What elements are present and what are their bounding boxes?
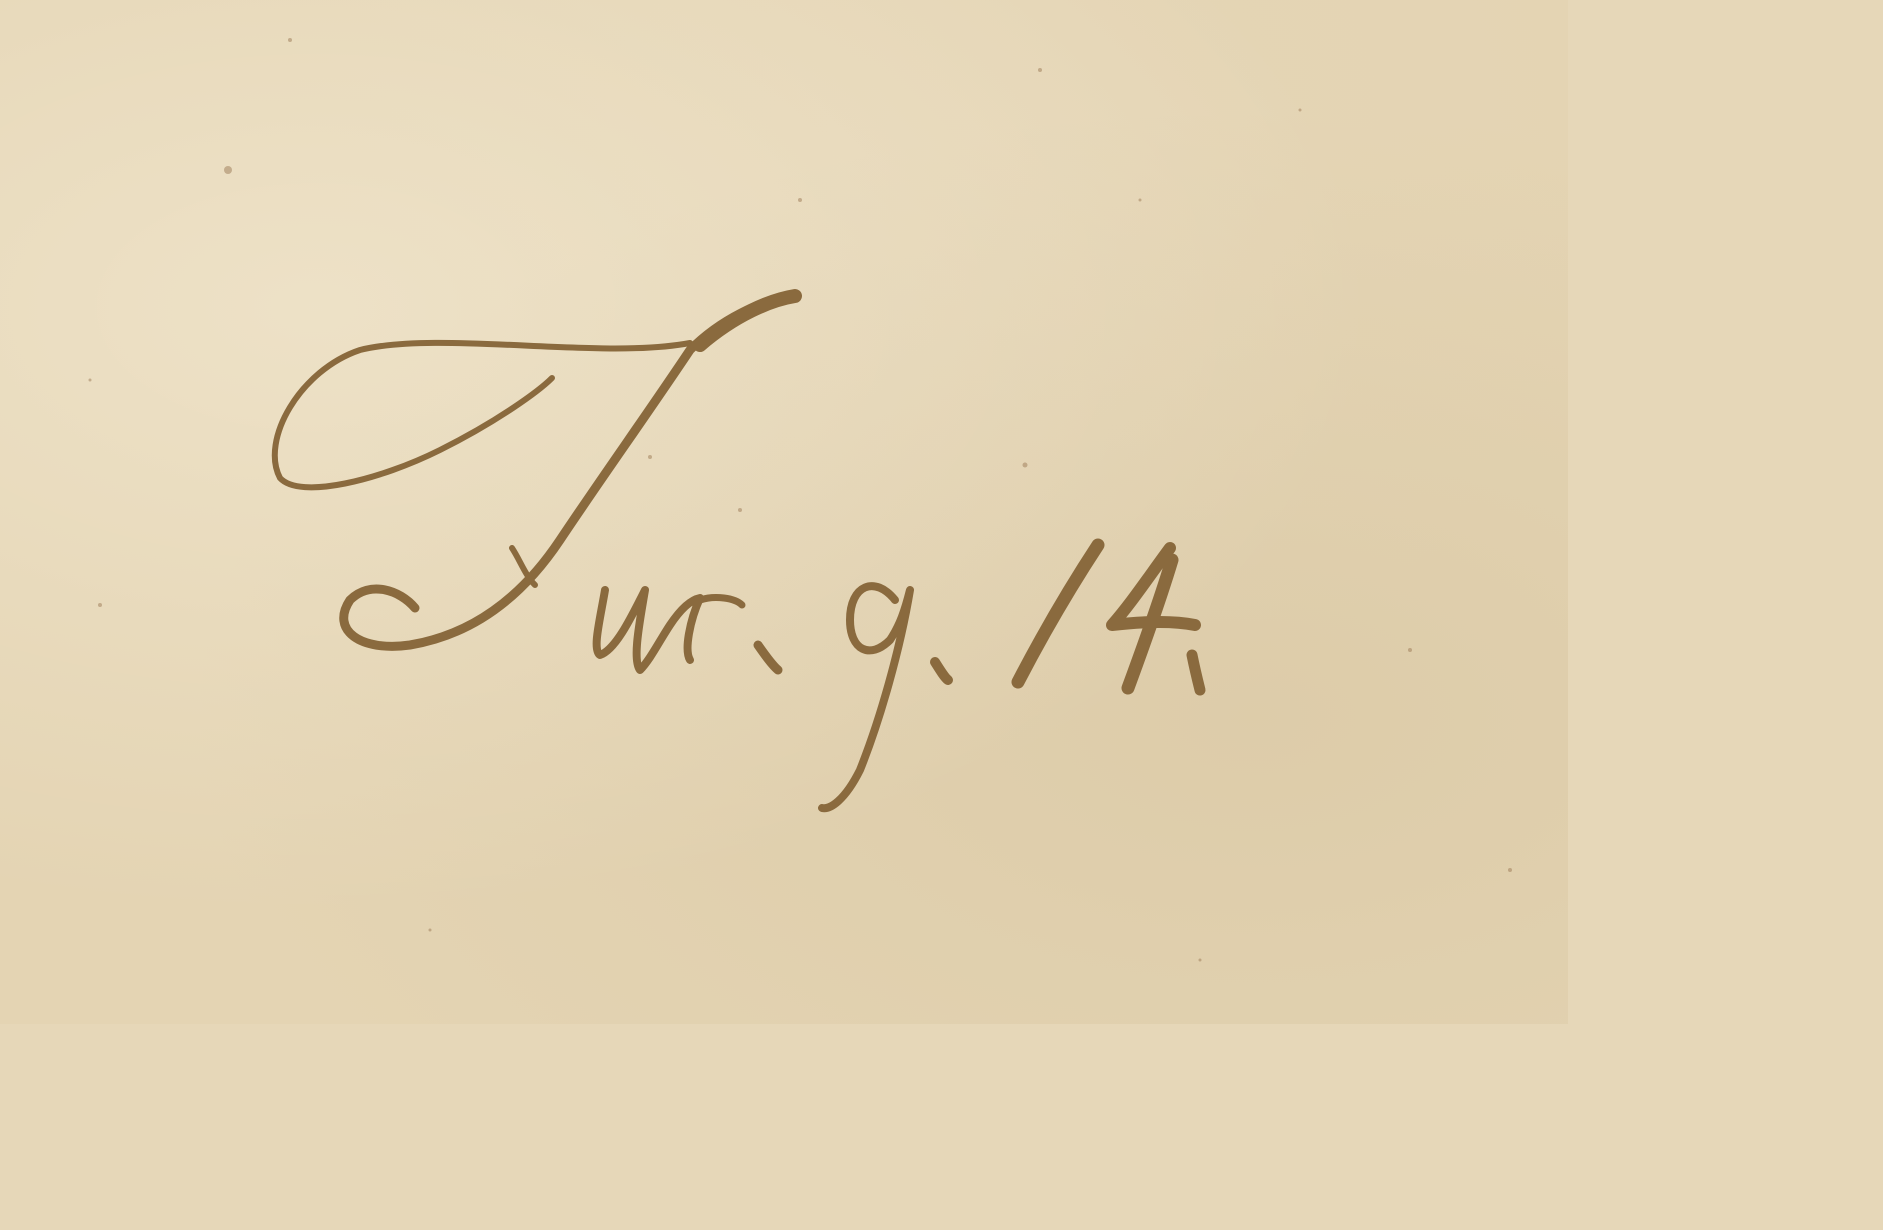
letters-q [822, 586, 948, 808]
paper-fibers [89, 38, 1513, 962]
letters-ur [597, 590, 778, 670]
number-14 [1018, 545, 1200, 690]
letter-J [275, 296, 795, 646]
paper-sheet: Jur. q. 14. [0, 0, 1568, 1024]
handwriting [0, 0, 1568, 1024]
